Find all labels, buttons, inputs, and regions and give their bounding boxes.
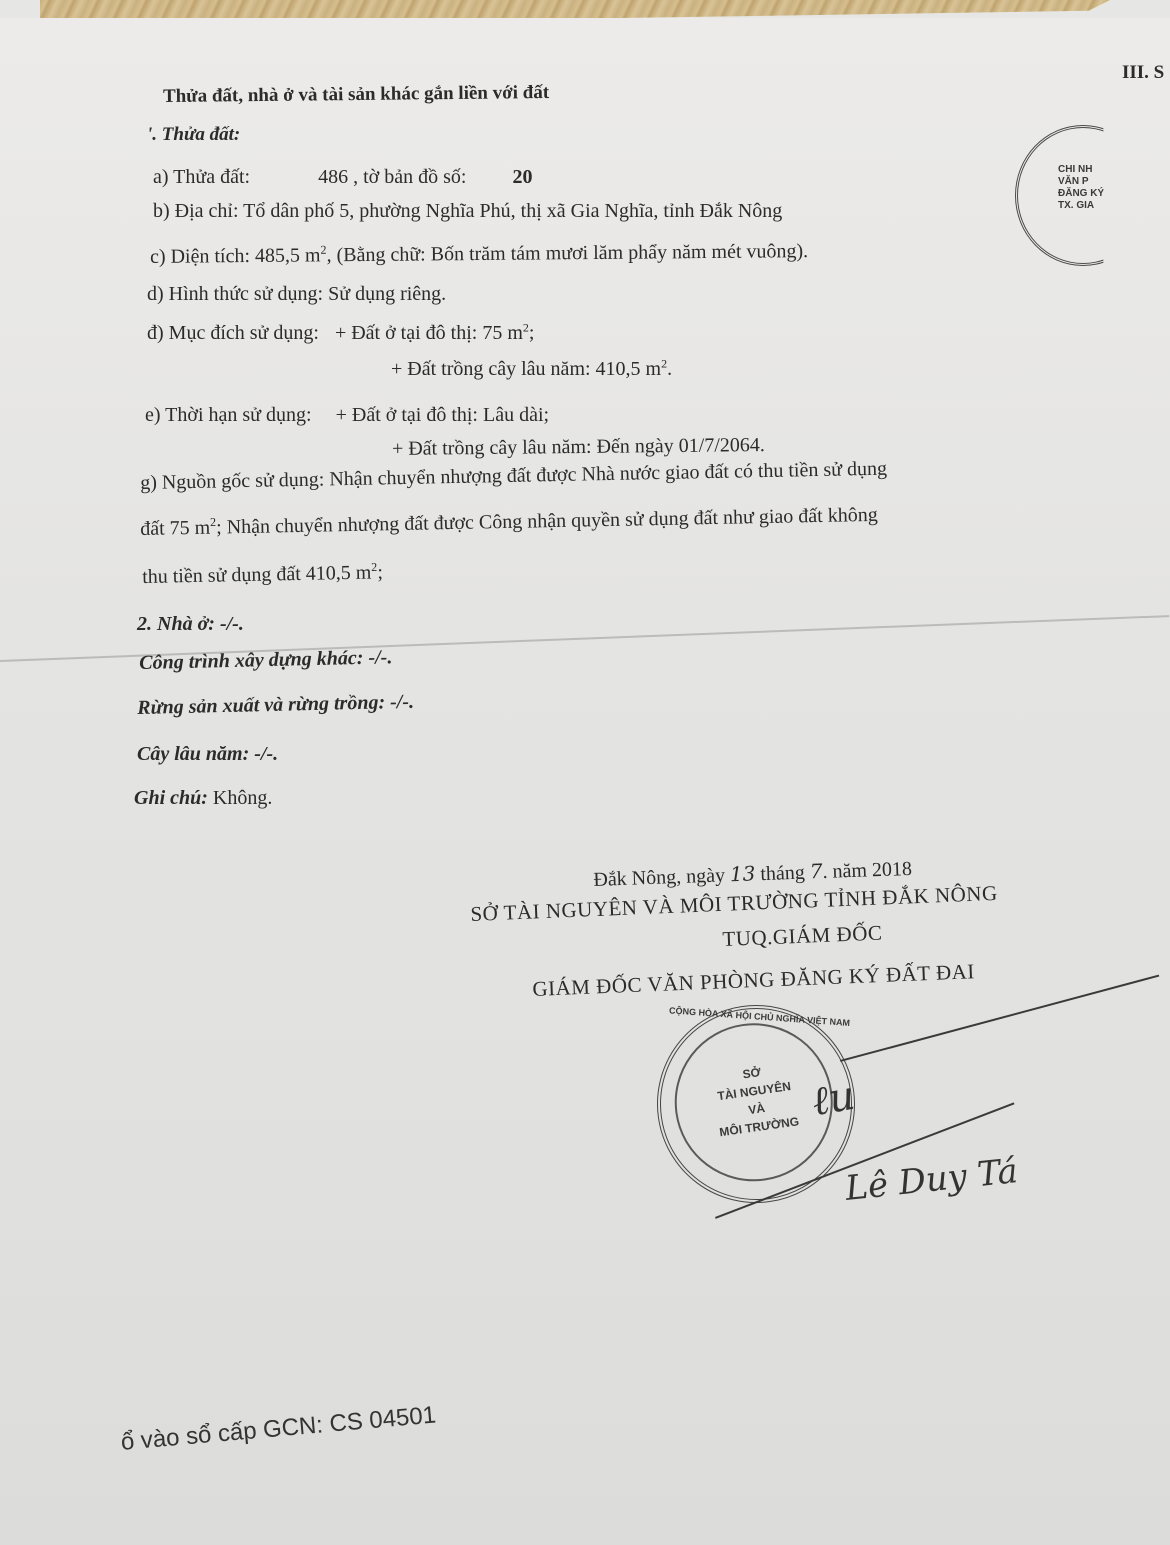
parcel-row: a) Thửa đất: 486 , tờ bản đồ số: 20 <box>153 166 532 188</box>
perennial-line: Cây lâu năm: -/-. <box>137 743 278 765</box>
address-line: b) Địa chỉ: Tổ dân phố 5, phường Nghĩa P… <box>153 200 782 222</box>
parcel-number: 486 <box>318 166 348 188</box>
land-section-title: '. Thửa đất: <box>147 124 240 146</box>
map-sheet-number: 20 <box>512 166 532 188</box>
section-heading: Thửa đất, nhà ở và tài sản khác gắn liền… <box>163 82 549 108</box>
origin-line3: thu tiền sử dụng đất 410,5 m2; <box>142 561 383 588</box>
section-marker: III. S <box>1122 62 1164 84</box>
usage-term-line2: + Đất trồng cây lâu năm: Đến ngày 01/7/2… <box>392 434 765 460</box>
signature-scribble: ℓu <box>808 1072 858 1126</box>
note-line: Ghi chú: Không. <box>134 787 272 809</box>
usage-purpose-line2: + Đất trồng cây lâu năm: 410,5 m2. <box>391 358 672 380</box>
house-line: 2. Nhà ở: -/-. <box>137 613 244 635</box>
map-sheet-label: , tờ bản đồ số: <box>353 166 466 188</box>
parcel-label: a) Thửa đất: <box>153 166 250 188</box>
usage-term-line1: e) Thời hạn sử dụng: + Đất ở tại đô thị:… <box>145 404 549 426</box>
usage-form-line: d) Hình thức sử dụng: Sử dụng riêng. <box>147 283 446 305</box>
usage-purpose-line1: đ) Mục đích sử dụng: + Đất ở tại đô thị:… <box>147 322 534 344</box>
